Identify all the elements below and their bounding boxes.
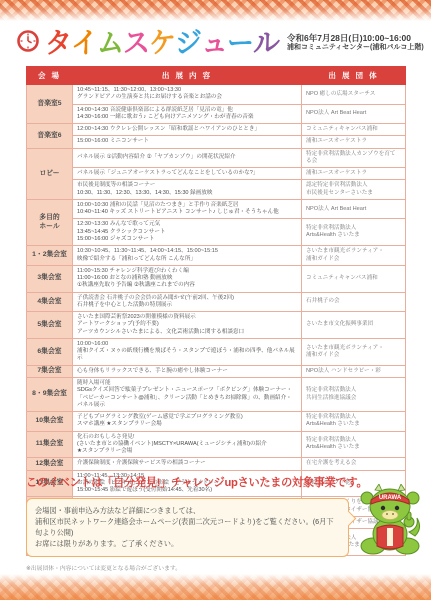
organization-line: 浦和ガイド会 [306,256,401,263]
organization-line: 浦和ユースオーケストラ [306,170,401,177]
info-box: 会場図・事前申込み方法など詳細につきましては、浦和区市民ネットワーク連絡会ホーム… [26,498,349,557]
organization-line: NPO法人 ハンドセラピー・彩 [306,368,401,375]
title-char: ス [123,29,149,57]
organization-cell: さいたま市観光ボランティア・浦和ガイド会 [302,246,406,266]
content-line: 10:30~10:45、11:30~11:45、14:00~14:15、15:0… [77,248,297,255]
content-line: 介護保険制度・介護保険サービス等の相談コーナー [77,460,297,467]
content-cell: 心も身体もリラックスできる、手と腕の癒やし体験コーナー [73,365,302,377]
title-char: ー [227,29,253,57]
content-cell: 子供読書会 石井桃子の会会員の読み聞かせ(午前2回、午後2回)石井桃子を中心とし… [73,292,302,312]
venue-cell: 7集会室 [27,365,73,377]
content-cell: パネル展示「ジュニアオーケストラってどんなことをしているのかな?」 [73,168,302,180]
header-content: 出 展 内 容 [73,67,302,85]
content-cell: 12:30~13:30 みんなで歌って元気13:45~14:45 クラシックコン… [73,219,302,246]
mascot-cap-text: URAWA [379,495,402,501]
content-line: 心も身体もリラックスできる、手と腕の癒やし体験コーナー [77,368,297,375]
content-line: パネル展示「ジュニアオーケストラってどんなことをしているのかな?」 [77,170,297,177]
organization-cell: 認定特定非営利活動法人市民後見センターさいたま [302,180,406,200]
content-cell: 介護保険制度・介護保険サービス等の相談コーナー [73,458,302,470]
organization-cell: NPO 癒しの広場スターチス [302,85,406,105]
table-row: 5集会室さいたま国際芸術祭2023の開催模様の資料展示アートワークショップ(予約… [27,312,406,339]
content-line: ①秋講座先取り予告編 ②秋講座これまでの内容 [77,282,297,289]
venue-cell: 音楽室5 [27,85,73,124]
content-line: 11:00~15:30 チャレンジ科学遊び!わくわく編 [77,268,297,275]
table-row: 8・9集会室随時入場可能SDGsクイズ回答で駄菓子プレゼント・ニュースポーツ「ボ… [27,377,406,411]
organization-line: コミュニティキャンパス浦和 [306,126,401,133]
table-row: 10集会室子どもプログラミング教室(ゲーム感覚で学ぶプログラミング教室)スマホ講… [27,412,406,432]
organization-cell: NPO法人 Art Beat Heart [302,199,406,219]
organization-line: さいたま市観光ボランティア・ [306,248,401,255]
title-char: イ [71,29,97,57]
venue-cell: 多目的 ホール [27,199,73,245]
table-row: 市民後見制度等の相談コーナー10:30、11:30、12:30、13:30、14… [27,180,406,200]
content-cell: 市民後見制度等の相談コーナー10:30、11:30、12:30、13:30、14… [73,180,302,200]
content-line: 映像で紹介する「浦和ってどんな所 こんな所」 [77,256,297,263]
content-line: 12:30~13:30 みんなで歌って元気 [77,221,297,228]
content-line: スマホ講座 ★スタンプラリー会場 [77,421,297,428]
content-line: 10:40~11:40 キッズ ストリートピアニスト コンサート♪ しじゅ君・そ… [77,209,297,216]
content-line: 市民後見制度等の相談コーナー [77,182,297,189]
table-row: パネル展示「ジュニアオーケストラってどんなことをしているのかな?」浦和ユースオー… [27,168,406,180]
content-line: 13:45~14:45 クラシックコンサート [77,229,297,236]
content-line: 子供読書会 石井桃子の会会員の読み聞かせ(午前2回、午後2回) [77,295,297,302]
venue-cell: 10集会室 [27,412,73,432]
content-line: ★スタンプラリー会場 [77,448,297,455]
info-line: 浦和区市民ネットワーク連絡会ホームページ(表面二次元コードより)をご覧ください。… [35,516,340,538]
venue-cell: 11集会室 [27,431,73,458]
content-line: 化石のおもしろさ発見! [77,434,297,441]
content-line: 浦和クイズ・ヌゥの紙飛行機を飛ばそう・スタンプで遊ぼう・浦和の四季、他パネル展示 [77,348,297,363]
organization-line: 特定非営利活動法人カンゾウを育てる会 [306,151,401,166]
organization-cell: さいたま市観光ボランティア・浦和ガイド会 [302,338,406,365]
table-row: 1・2集会室10:30~10:45、11:30~11:45、14:00~14:1… [27,246,406,266]
venue-cell: 6集会室 [27,338,73,365]
info-line: お席には限りがあります。ご了承ください。 [35,538,340,549]
organization-cell: コミュニティキャンパス浦和 [302,265,406,292]
header-organization: 出 展 団 体 [302,67,406,85]
venue-cell: 音楽室6 [27,124,73,149]
organization-line: Arts&Health さいたま [306,444,401,451]
organization-line: 認定特定非営利活動法人 [306,182,401,189]
content-cell: 11:00~15:30 チャレンジ科学遊び!わくわく編11:00~16:00 お… [73,265,302,292]
table-row: 4集会室子供読書会 石井桃子の会会員の読み聞かせ(午前2回、午後2回)石井桃子を… [27,292,406,312]
organization-line: 浦和ユースオーケストラ [306,138,401,145]
organization-line: Arts&Health さいたま [306,421,401,428]
content-line: 14:30~16:00 一緒に歌おう♪ こども向けアニメソング・わが青春の音楽 [77,114,297,121]
table-row: 12集会室介護保険制度・介護保険サービス等の相談コーナー在宅介護を考える会 [27,458,406,470]
content-line: 15:00~16:00 ジャズコンサート [77,236,297,243]
content-cell: 10:45~11:15、11:30~12:00、13:00~13:30グランドピ… [73,85,302,105]
organization-line: コミュニティキャンパス浦和 [306,275,401,282]
change-disclaimer: ※出展団体・内容については変更となる場合がございます。 [26,563,181,572]
content-line: SDGsクイズ回答で駄菓子プレゼント・ニュースポーツ「ボクビング」体験コーナー・ [77,387,297,394]
urawa-mascot: URAWA [357,484,423,561]
content-cell: 10:00~10:30 浦和の民話「見沼のたつまき」と手作り音楽紙芝居10:40… [73,199,302,219]
content-line: 石井桃子を中心とした活動の特別展示 [77,302,297,309]
decorative-border-bottom [0,574,431,600]
title-char: ム [97,29,123,57]
organization-cell: 特定非営利活動法人Arts&Health さいたま [302,412,406,432]
content-line: (さいたま市との協働イベント)MSCTY×URAWA(ミュージシティ浦和)の紹介 [77,441,297,448]
content-cell: 12:00~14:30 ウクレレ公開レッスン「昭和歌謡とハワイアンのひととき」 [73,124,302,136]
challenge-note: このイベントは「自分発見!」チャレンジupさいたまの対象事業です。 [26,474,386,490]
title-char: ケ [149,29,175,57]
header-venue: 会 場 [27,67,73,85]
table-row: 15:00~16:00 ミニコンサート浦和ユースオーケストラ [27,136,406,148]
table-row: ロビーパネル展示 ①活動内容紹介 ②「ヤブカンゾウ」の開花状況紹介特定非営利活動… [27,148,406,168]
table-row: 音楽室510:45~11:15、11:30~12:00、13:00~13:30グ… [27,85,406,105]
title-char: タ [45,29,71,57]
content-line: 15:00~16:00 ミニコンサート [77,138,297,145]
content-line: アートワークショップ(予約不要) [77,321,297,328]
organization-line: 共同生活推進協議会 [306,395,401,402]
table-row: 多目的 ホール10:00~10:30 浦和の民話「見沼のたつまき」と手作り音楽紙… [27,199,406,219]
event-date: 令和6年7月28日(日)10:00~16:00 [287,33,424,44]
title-char: ュ [201,29,227,57]
table-row: 音楽室612:00~14:30 ウクレレ公開レッスン「昭和歌謡とハワイアンのひと… [27,124,406,136]
header: タイムスケジュール 令和6年7月28日(日)10:00~16:00 浦和コミュニ… [16,23,421,63]
content-cell: 10:30~10:45、11:30~11:45、14:00~14:15、15:0… [73,246,302,266]
organization-line: 石井桃子の会 [306,298,401,305]
content-cell: 子どもプログラミング教室(ゲーム感覚で学ぶプログラミング教室)スマホ講座 ★スタ… [73,412,302,432]
organization-cell: 特定非営利活動法人カンゾウを育てる会 [302,148,406,168]
organization-cell: NPO法人 Art Beat Heart [302,104,406,124]
poster: タイムスケジュール 令和6年7月28日(日)10:00~16:00 浦和コミュニ… [0,0,431,600]
content-line: 「ベビーカーコンサート@浦和」、クリーン活動「とめきちお掃除隊」の、動画紹介・パ… [77,395,297,410]
title-char: ル [253,29,279,57]
organization-line: さいたま市文化振興事業団 [306,321,401,328]
organization-cell: さいたま市文化振興事業団 [302,312,406,339]
content-line: 14:00~14:30 音読健康倶楽部による群読紙芝居「見沼の竜」他 [77,107,297,114]
content-line: グランドピアノの生演奏と共にお届けする音楽とお話の会 [77,94,297,101]
organization-cell: NPO法人 ハンドセラピー・彩 [302,365,406,377]
content-cell: 15:00~16:00 ミニコンサート [73,136,302,148]
page-title: タイムスケジュール [45,30,279,57]
organization-cell: 浦和ユースオーケストラ [302,136,406,148]
organization-cell: 特定非営利活動法人共同生活推進協議会 [302,377,406,411]
content-cell: パネル展示 ①活動内容紹介 ②「ヤブカンゾウ」の開花状況紹介 [73,148,302,168]
organization-line: NPO法人 Art Beat Heart [306,110,401,117]
event-venue: 浦和コミュニティセンター(浦和パルコ上階) [287,44,424,53]
organization-line: 市民後見センターさいたま [306,190,401,197]
content-cell: 14:00~14:30 音読健康倶楽部による群読紙芝居「見沼の竜」他14:30~… [73,104,302,124]
table-row: 12:30~13:30 みんなで歌って元気13:45~14:45 クラシックコン… [27,219,406,246]
content-line: パネル展示 ①活動内容紹介 ②「ヤブカンゾウ」の開花状況紹介 [77,154,297,161]
content-cell: 10:00~16:00浦和クイズ・ヌゥの紙飛行機を飛ばそう・スタンプで遊ぼう・浦… [73,338,302,365]
table-header-row: 会 場 出 展 内 容 出 展 団 体 [27,67,406,85]
clock-icon [16,29,40,58]
organization-cell: 在宅介護を考える会 [302,458,406,470]
organization-cell: 特定非営利活動法人Arts&Health さいたま [302,219,406,246]
content-line: アーツカウンシルさいたまによる、文化芸術活動に関する相談窓口 [77,329,297,336]
organization-line: 特定非営利活動法人 [306,387,401,394]
venue-cell: ロビー [27,148,73,199]
organization-cell: コミュニティキャンパス浦和 [302,124,406,136]
event-info: 令和6年7月28日(日)10:00~16:00 浦和コミュニティセンター(浦和パ… [287,33,424,52]
organization-line: 在宅介護を考える会 [306,460,401,467]
venue-cell: 1・2集会室 [27,246,73,266]
venue-cell: 12集会室 [27,458,73,470]
decorative-border-top [0,0,431,21]
table-row: 11集会室化石のおもしろさ発見!(さいたま市との協働イベント)MSCTY×URA… [27,431,406,458]
info-line: 会場図・事前申込み方法など詳細につきましては、 [35,505,340,516]
table-row: 3集会室11:00~15:30 チャレンジ科学遊び!わくわく編11:00~16:… [27,265,406,292]
venue-cell: 8・9集会室 [27,377,73,411]
organization-cell: 浦和ユースオーケストラ [302,168,406,180]
table-row: 7集会室心も身体もリラックスできる、手と腕の癒やし体験コーナーNPO法人 ハンド… [27,365,406,377]
venue-cell: 3集会室 [27,265,73,292]
venue-cell: 5集会室 [27,312,73,339]
content-line: 12:00~14:30 ウクレレ公開レッスン「昭和歌謡とハワイアンのひととき」 [77,126,297,133]
organization-cell: 石井桃子の会 [302,292,406,312]
venue-cell: 4集会室 [27,292,73,312]
table-row: 6集会室10:00~16:00浦和クイズ・ヌゥの紙飛行機を飛ばそう・スタンプで遊… [27,338,406,365]
content-cell: 随時入場可能SDGsクイズ回答で駄菓子プレゼント・ニュースポーツ「ボクビング」体… [73,377,302,411]
content-cell: さいたま国際芸術祭2023の開催模様の資料展示アートワークショップ(予約不要)ア… [73,312,302,339]
organization-line: 浦和ガイド会 [306,352,401,359]
organization-line: NPO法人 Art Beat Heart [306,206,401,213]
organization-line: Arts&Health さいたま [306,232,401,239]
organization-line: さいたま市観光ボランティア・ [306,345,401,352]
title-char: ジ [175,29,201,57]
content-line: 10:30、11:30、12:30、13:30、14:30、15:30 録画放映 [77,190,297,197]
footer-info-row: 会場図・事前申込み方法など詳細につきましては、浦和区市民ネットワーク連絡会ホーム… [26,498,423,561]
table-row: 14:00~14:30 音読健康倶楽部による群読紙芝居「見沼の竜」他14:30~… [27,104,406,124]
content-cell: 化石のおもしろさ発見!(さいたま市との協働イベント)MSCTY×URAWA(ミュ… [73,431,302,458]
organization-cell: 特定非営利活動法人Arts&Health さいたま [302,431,406,458]
organization-line: NPO 癒しの広場スターチス [306,91,401,98]
